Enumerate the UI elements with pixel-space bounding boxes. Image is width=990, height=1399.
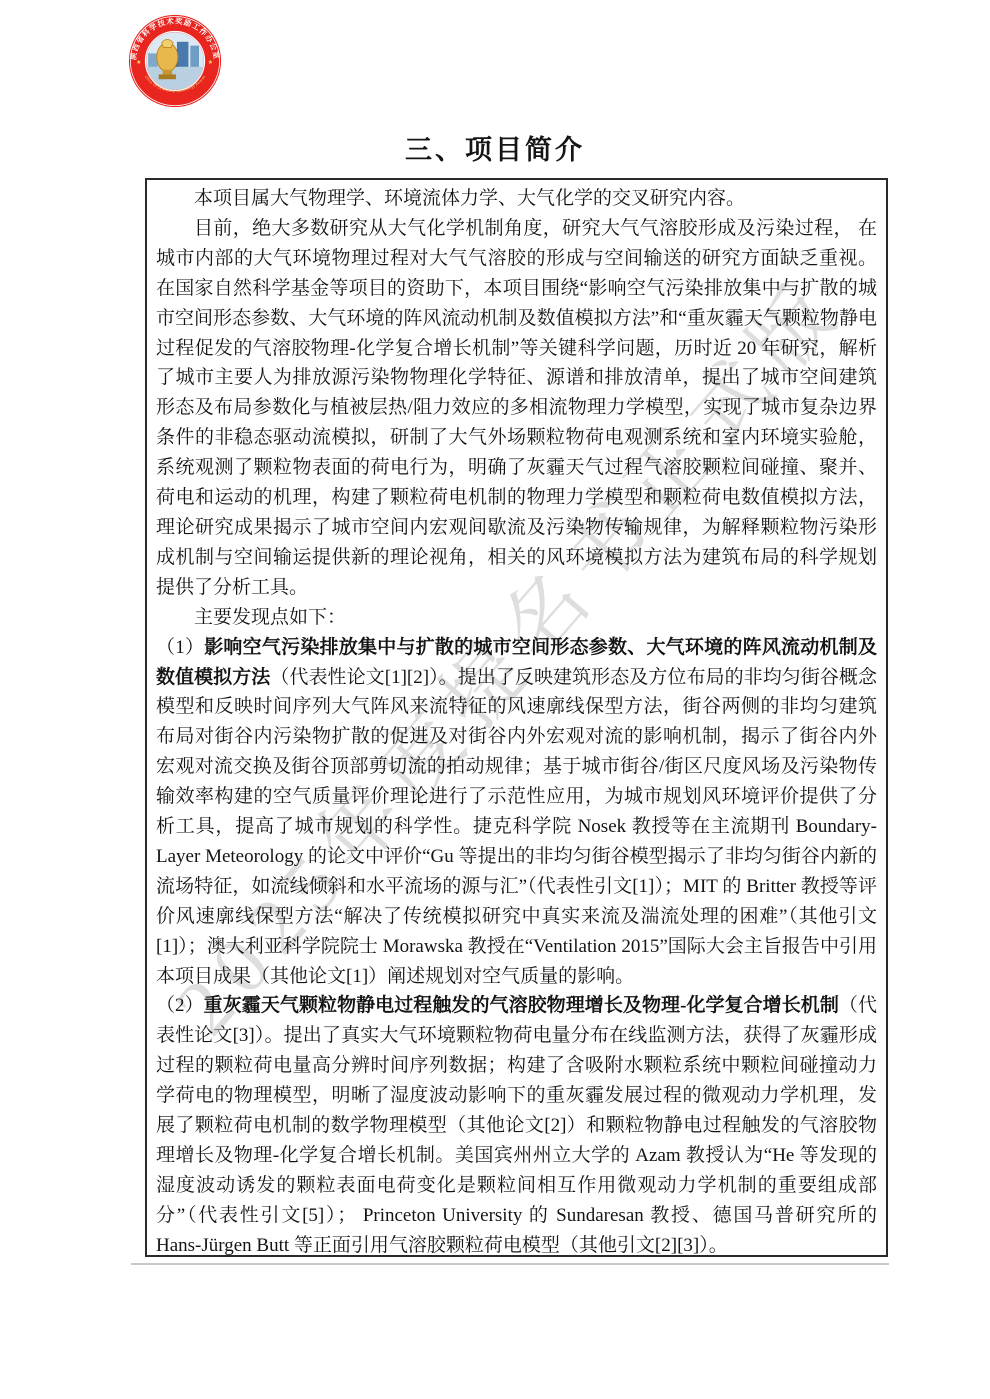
text-run: 目前，绝大多数研究从大气化学机制角度，研究大气气溶胶形成及污染过程， 在城市内部… bbox=[156, 218, 877, 598]
paragraph-overview: 本项目属大气物理学、环境流体力学、大气化学的交叉研究内容。 bbox=[156, 184, 877, 214]
finding-1-number: （1） bbox=[156, 637, 204, 658]
paragraph-finding-2: （2）重灰霾天气颗粒物静电过程触发的气溶胶物理增长及物理-化学复合增长机制（代表… bbox=[156, 991, 877, 1260]
seal-icon: 陕西省科学技术奖励工作办公室 Office Of Science & Techn… bbox=[127, 13, 223, 109]
text-run: 本项目属大气物理学、环境流体力学、大气化学的交叉研究内容。 bbox=[194, 188, 745, 209]
text-run: 主要发现点如下： bbox=[194, 607, 346, 628]
section-title: 三、项目简介 bbox=[0, 128, 990, 167]
finding-1-body: （代表性论文[1][2]）。提出了反映建筑形态及方位布局的非均匀街谷概念模型和反… bbox=[156, 667, 877, 987]
award-office-seal: 陕西省科学技术奖励工作办公室 Office Of Science & Techn… bbox=[127, 13, 223, 109]
scan-shadow-divider bbox=[131, 1263, 889, 1265]
finding-2-body: （代表性论文[3]）。提出了真实大气环境颗粒物荷电量分布在线监测方法，获得了灰霾… bbox=[156, 995, 877, 1255]
seal-star-left-icon: ★ bbox=[136, 59, 141, 66]
finding-2-number: （2） bbox=[156, 995, 204, 1016]
paragraph-finding-1: （1）影响空气污染排放集中与扩散的城市空间形态参数、大气环境的阵风流动机制及数值… bbox=[156, 633, 877, 992]
paragraph-background: 目前，绝大多数研究从大气化学机制角度，研究大气气溶胶形成及污染过程， 在城市内部… bbox=[156, 214, 877, 603]
paragraph-findings-intro: 主要发现点如下： bbox=[156, 603, 877, 633]
seal-star-right-icon: ★ bbox=[208, 59, 213, 66]
project-summary-box: 本项目属大气物理学、环境流体力学、大气化学的交叉研究内容。 目前，绝大多数研究从… bbox=[145, 178, 888, 1257]
finding-2-heading: 重灰霾天气颗粒物静电过程触发的气溶胶物理增长及物理-化学复合增长机制 bbox=[204, 995, 839, 1016]
seal-trophy-cityscape bbox=[146, 32, 204, 90]
